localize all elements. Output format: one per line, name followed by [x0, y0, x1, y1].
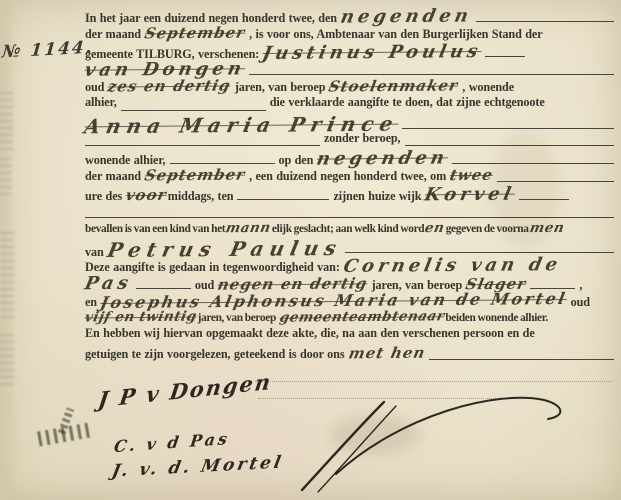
printed-text: , is voor ons, Ambtenaar van den Burgerl… [249, 27, 542, 42]
signature-witness-1: C. v d Pas [113, 429, 232, 456]
form-line: getuigen te zijn voorgelezen, geteekend … [85, 344, 614, 362]
handwritten-entry-witness2-age: vijf en twintig [83, 308, 198, 325]
bleed-through-mark [0, 330, 14, 385]
blank-rule [485, 46, 525, 57]
form-line: bevallen is van een kind van het mann el… [85, 220, 614, 238]
form-line: alhier, die verklaarde aangifte te doen,… [85, 95, 614, 113]
printed-text: van [85, 245, 104, 260]
blank-rule [136, 277, 191, 288]
handwritten-entry-signing-note: met hen [347, 344, 427, 363]
form-line: ure des voor middags, ten zijnen huize w… [85, 184, 614, 202]
blank-rule [237, 188, 329, 199]
birth-certificate-scan: № 1144. In het jaar een duizend negen ho… [0, 0, 621, 500]
printed-text: , een duizend negen honderd twee, om [249, 169, 446, 184]
handwritten-entry-birth-hour: twee [448, 166, 495, 184]
handwritten-entry-occupation: Stoelenmaker [327, 77, 460, 96]
blank-rule [497, 171, 614, 182]
form-line: gemeente TILBURG, verschenen: Justinus P… [85, 42, 614, 60]
printed-text: der maand [85, 27, 141, 42]
signature-declarant: J P v Dongen [97, 369, 274, 413]
form-line: oud zes en dertig jaren, van beroep Stoe… [85, 77, 614, 95]
printed-text: gegeven de voorna [446, 223, 529, 235]
printed-text: oud [571, 295, 590, 310]
blank-rule [85, 206, 614, 217]
handwritten-entry-month: September [143, 23, 247, 42]
handwritten-entry-witness1-name: Cornelis van de [341, 254, 563, 277]
handwritten-entry-declarant-name: Justinus Poulus [261, 41, 484, 64]
registry-number: № 1144. [1, 38, 94, 63]
handwritten-entry-witness2-occupation: gemeenteambtenaar [278, 308, 446, 325]
printed-text: ure des [85, 189, 122, 204]
form-line: van Petrus Paulus [85, 237, 614, 255]
printed-text: zijnen huize wijk [333, 189, 421, 204]
handwritten-entry-ampm: voor [124, 186, 168, 204]
signature-witness-2: J. v. d. Mortel [110, 452, 285, 481]
blank-rule [170, 153, 275, 164]
handwritten-entry-age: zes en dertig [106, 77, 232, 96]
printed-text: op den [279, 153, 314, 168]
printed-text: getuigen te zijn voorgelezen, geteekend … [85, 347, 345, 362]
blank-rule [345, 242, 614, 253]
form-line: en Josephus Alphonsus Maria van de Morte… [85, 291, 614, 309]
handwritten-entry-birth-day: negenden [315, 148, 450, 170]
form-line: Anna Maria Prince [85, 113, 614, 131]
form-line: In het jaar een duizend negen honderd tw… [85, 6, 614, 24]
blank-rule [405, 135, 614, 146]
handwritten-entry-mother-name: Anna Maria Prince [82, 111, 401, 138]
printed-text: alhier, [85, 95, 117, 110]
blank-rule [429, 349, 614, 360]
printed-text: die verklaarde aangifte te doen, dat zij… [270, 95, 545, 110]
bleed-through-mark [1, 228, 14, 318]
signature-flourish [292, 386, 582, 498]
printed-text: jaren, van beroep [198, 312, 276, 324]
printed-text: jaren, van beroep [235, 80, 326, 95]
printed-text: bevallen is van een kind van het [85, 223, 225, 235]
handwritten-entry-gender: mann [225, 219, 273, 235]
form-line: vijf en twintig jaren, van beroep gemeen… [85, 309, 614, 327]
printed-text: , [579, 278, 582, 293]
signature-registrar-block [292, 386, 582, 498]
form-line: Pas oud negen en dertig jaren, van beroe… [85, 273, 614, 291]
blank-rule [452, 153, 614, 164]
printed-text: , wonende [462, 80, 514, 95]
act-text-block: In het jaar een duizend negen honderd tw… [85, 6, 614, 362]
blank-rule [402, 117, 614, 128]
printed-text: oud [85, 80, 104, 95]
printed-text: beiden wonende alhier. [445, 312, 548, 324]
bleed-through-mark [0, 155, 11, 195]
blank-rule [249, 64, 614, 75]
printed-text: oud [195, 278, 214, 293]
handwritten-entry-witness1-surname: Pas [83, 273, 134, 294]
form-line: wonende alhier, op den negenden [85, 148, 614, 166]
handwritten-entry-day: negenden [339, 5, 474, 27]
printed-text: der maand [85, 169, 141, 184]
blank-rule [530, 277, 575, 288]
handwritten-entry-district: Korvel [423, 184, 517, 206]
faint-rule [255, 381, 613, 382]
printed-text: En hebben wij hiervan opgemaakt deze akt… [85, 326, 535, 341]
form-line: En hebben wij hiervan opgemaakt deze akt… [85, 326, 614, 344]
form-line [85, 202, 614, 220]
handwritten-suffix: men [528, 219, 566, 235]
printed-text: middags, ten [168, 189, 234, 204]
blank-rule [121, 99, 266, 110]
blank-rule [519, 188, 569, 199]
bleed-through-mark [0, 90, 13, 150]
printed-text: elijk geslacht; aan welk kind word [272, 223, 424, 235]
handwritten-entry-birth-month: September [143, 166, 247, 185]
handwritten-entry-child-name: Petrus Paulus [105, 236, 344, 262]
blank-rule [476, 10, 614, 21]
printed-text: en [85, 295, 97, 310]
handwritten-suffix: en [424, 219, 447, 235]
